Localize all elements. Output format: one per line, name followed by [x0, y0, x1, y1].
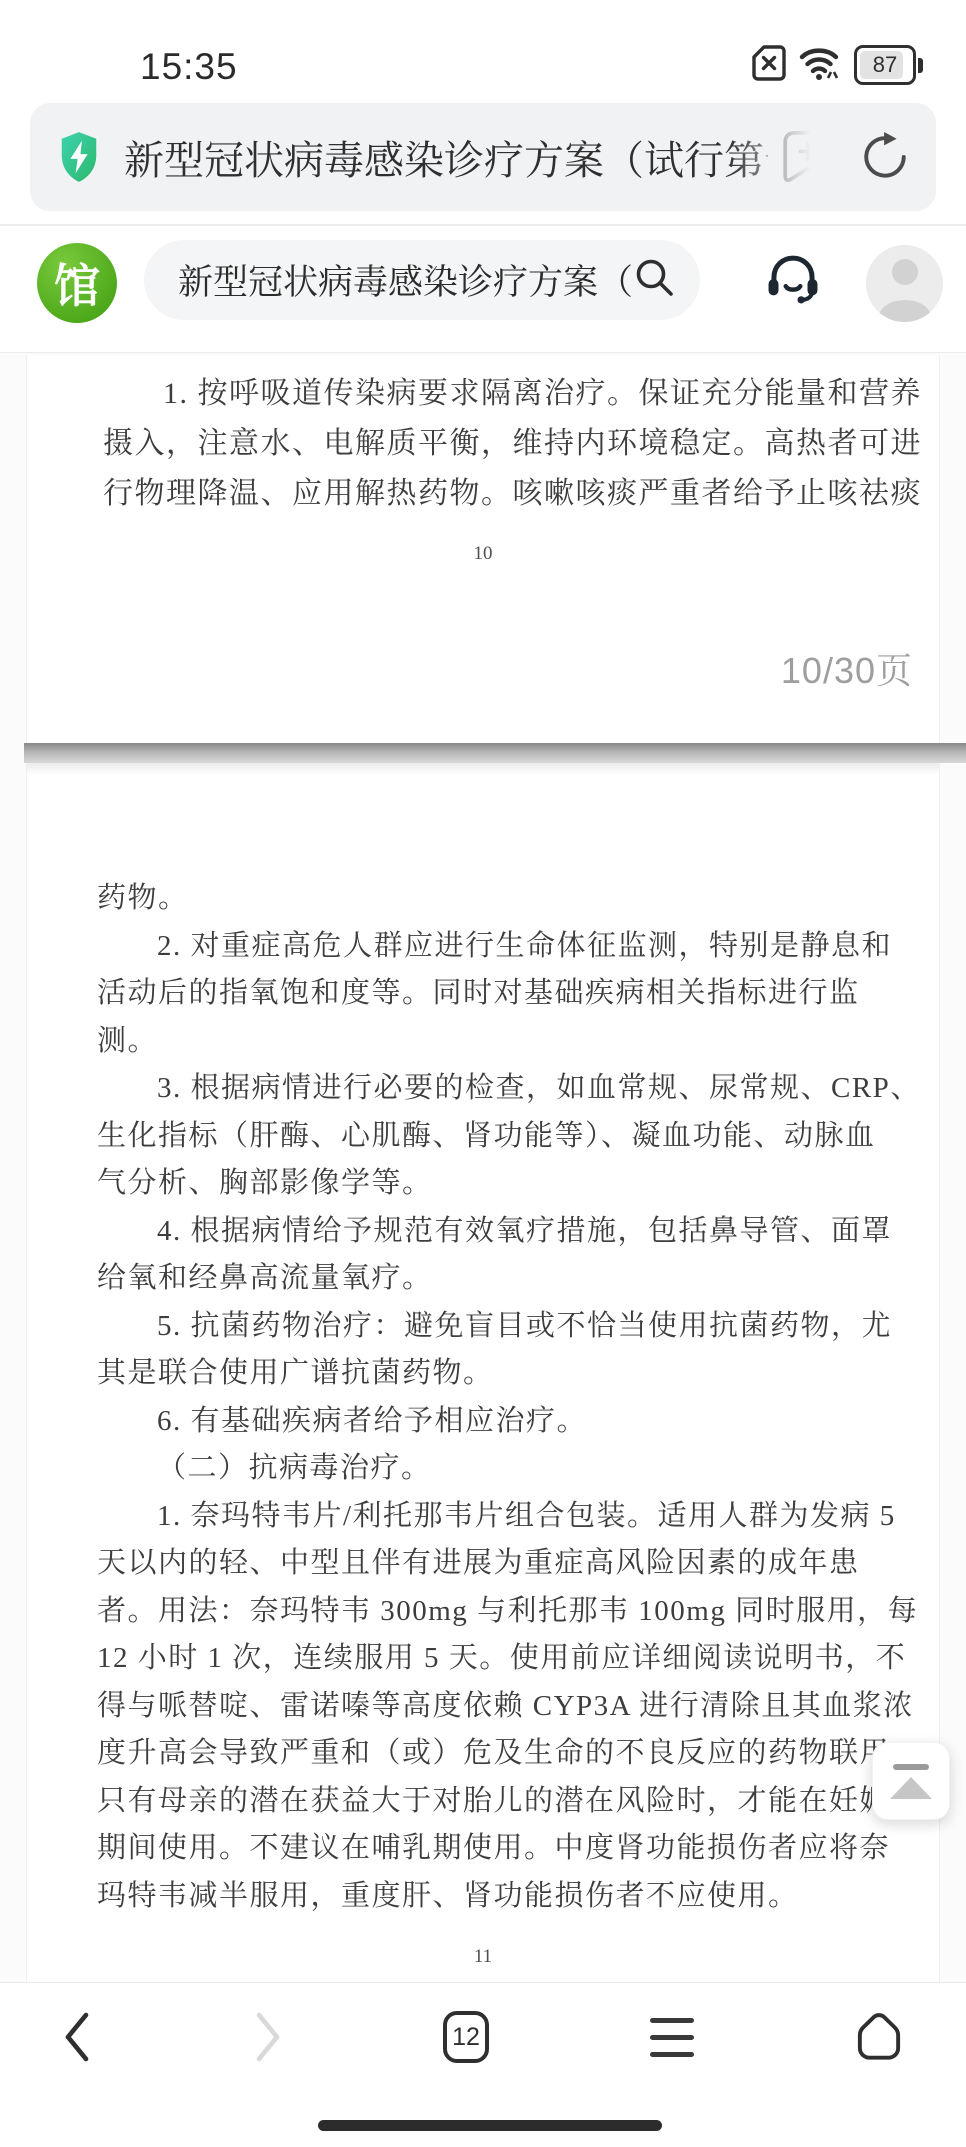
pdf-page-11: 药物。2. 对重症高危人群应进行生命体征监测，特别是静息和活动后的指氧饱和度等。… [26, 763, 940, 1982]
logo-character: 馆 [54, 250, 100, 316]
battery-percent: 87 [873, 52, 897, 78]
bookmark-add-icon[interactable] [782, 128, 834, 186]
doc-text-line: 1. 奈玛特韦片/利托那韦片组合包装。适用人群为发病 5 [97, 1493, 911, 1541]
status-icons: 87 [752, 46, 923, 84]
refresh-icon[interactable] [860, 132, 910, 182]
doc-text-line: 得与哌替啶、雷诺嗪等高度依赖 CYP3A 进行清除且其血浆浓 [97, 1683, 911, 1731]
doc-text-line: 只有母亲的潜在获益大于对胎儿的潜在风险时，才能在妊娠 [97, 1778, 911, 1826]
search-icon[interactable] [632, 255, 678, 306]
page-11-text: 药物。2. 对重症高危人群应进行生命体征监测，特别是静息和活动后的指氧饱和度等。… [27, 763, 939, 1920]
site-logo[interactable]: 馆 [37, 243, 117, 323]
forward-button[interactable] [253, 2011, 283, 2063]
document-viewer[interactable]: 1. 按呼吸道传染病要求隔离治疗。保证充分能量和营养摄入，注意水、电解质平衡，维… [0, 353, 966, 1982]
doc-text-line: 测。 [97, 1018, 911, 1066]
browser-screen: 15:35 87 [0, 0, 966, 2147]
page-10-footer-number: 10 [27, 543, 939, 565]
page-gap-separator [24, 743, 966, 763]
doc-text-line: 期间使用。不建议在哺乳期使用。中度肾功能损伤者应将奈 [97, 1825, 911, 1873]
home-button[interactable] [854, 2010, 904, 2064]
page-top-shadow [27, 763, 939, 775]
doc-text-line: 玛特韦减半服用，重度肝、肾功能损伤者不应使用。 [97, 1873, 911, 1921]
doc-text-line: 12 小时 1 次，连续服用 5 天。使用前应详细阅读说明书，不 [97, 1635, 911, 1683]
site-search-bar[interactable]: 新型冠状病毒感染诊疗方案（ [144, 240, 700, 320]
scroll-top-arrow-icon [890, 1777, 932, 1799]
avatar-body [879, 300, 931, 322]
back-button[interactable] [62, 2011, 92, 2063]
clock: 15:35 [140, 46, 238, 88]
doc-text-line: 6. 有基础疾病者给予相应治疗。 [97, 1398, 911, 1446]
tab-count: 12 [452, 2023, 480, 2052]
doc-text-line: 生化指标（肝酶、心肌酶、肾功能等）、凝血功能、动脉血 [97, 1113, 911, 1161]
doc-text-line: （二）抗病毒治疗。 [97, 1445, 911, 1493]
doc-text-line: 其是联合使用广谱抗菌药物。 [97, 1350, 911, 1398]
battery-icon: 87 [854, 45, 923, 85]
doc-text-line: 者。用法：奈玛特韦 300mg 与利托那韦 100mg 同时服用，每 [97, 1588, 911, 1636]
pdf-page-10: 1. 按呼吸道传染病要求隔离治疗。保证充分能量和营养摄入，注意水、电解质平衡，维… [26, 355, 940, 743]
search-input[interactable]: 新型冠状病毒感染诊疗方案（ [178, 255, 632, 305]
doc-text-line: 摄入，注意水、电解质平衡，维持内环境稳定。高热者可进 [103, 419, 911, 469]
scroll-to-top-button[interactable] [872, 1742, 950, 1820]
page-11-footer-number: 11 [27, 1946, 939, 1968]
shield-lightning-icon [56, 130, 102, 184]
page-10-text: 1. 按呼吸道传染病要求隔离治疗。保证充分能量和营养摄入，注意水、电解质平衡，维… [27, 355, 939, 519]
doc-text-line: 1. 按呼吸道传染病要求隔离治疗。保证充分能量和营养 [103, 369, 911, 419]
doc-text-line: 行物理降温、应用解热药物。咳嗽咳痰严重者给予止咳祛痰 [103, 469, 911, 519]
wifi-icon [798, 44, 842, 87]
headset-support-icon[interactable] [764, 250, 822, 308]
sim-no-service-icon [752, 45, 786, 86]
page-position-indicator: 10/30页 [781, 643, 913, 694]
page-title: 新型冠状病毒感染诊疗方案（试行第十 [124, 129, 768, 186]
doc-text-line: 活动后的指氧饱和度等。同时对基础疾病相关指标进行监 [97, 970, 911, 1018]
doc-text-line: 气分析、胸部影像学等。 [97, 1160, 911, 1208]
doc-text-line: 度升高会导致严重和（或）危及生命的不良反应的药物联用。 [97, 1730, 911, 1778]
doc-text-line: 天以内的轻、中型且伴有进展为重症高风险因素的成年患 [97, 1540, 911, 1588]
doc-text-line: 给氧和经鼻高流量氧疗。 [97, 1255, 911, 1303]
doc-text-line: 2. 对重症高危人群应进行生命体征监测，特别是静息和 [97, 923, 911, 971]
menu-button[interactable] [650, 2018, 694, 2057]
address-bar[interactable]: 新型冠状病毒感染诊疗方案（试行第十 [30, 103, 936, 211]
doc-text-line: 4. 根据病情给予规范有效氧疗措施，包括鼻导管、面罩 [97, 1208, 911, 1256]
doc-text-line: 3. 根据病情进行必要的检查，如血常规、尿常规、CRP、 [97, 1065, 911, 1113]
home-indicator[interactable] [318, 2120, 662, 2131]
doc-text-line: 药物。 [97, 875, 911, 923]
avatar-head [892, 259, 918, 285]
doc-text-line: 5. 抗菌药物治疗：避免盲目或不恰当使用抗菌药物，尤 [97, 1303, 911, 1351]
site-header: 馆 新型冠状病毒感染诊疗方案（ [0, 226, 966, 353]
scroll-top-bar-icon [893, 1764, 929, 1770]
tabs-button[interactable]: 12 [443, 2011, 489, 2063]
avatar[interactable] [866, 245, 943, 322]
